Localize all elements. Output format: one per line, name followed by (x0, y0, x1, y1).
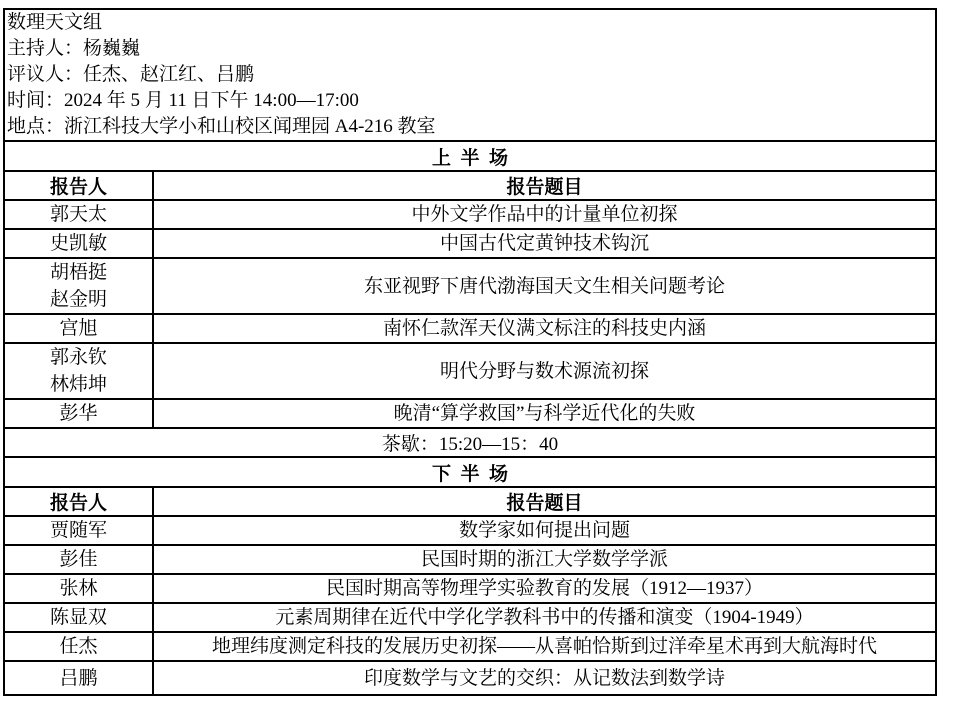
speaker-cell: 彭佳 (4, 545, 153, 574)
table-row: 陈显双 元素周期律在近代中学化学教科书中的传播和演变（1904-1949） (4, 603, 936, 632)
table-row: 郭永钦 林炜坤 明代分野与数术源流初探 (4, 343, 936, 399)
title-cell: 民国时期的浙江大学数学学派 (153, 545, 936, 574)
table-row: 郭天太 中外文学作品中的计量单位初探 (4, 200, 936, 229)
title-cell: 晚清“算学救国”与科学近代化的失败 (153, 399, 936, 428)
host-line: 主持人：杨巍巍 (7, 36, 933, 62)
title-cell: 中国古代定黄钟技术钩沉 (153, 229, 936, 258)
table-row: 任杰 地理纬度测定科技的发展历史初探——从喜帕恰斯到过洋牵星术再到大航海时代 (4, 632, 936, 661)
table-row: 宫旭 南怀仁款浑天仪满文标注的科技史内涵 (4, 314, 936, 343)
schedule-table: 数理天文组 主持人：杨巍巍 评议人：任杰、赵江红、吕鹏 时间：2024 年 5 … (3, 8, 937, 696)
speaker-cell: 张林 (4, 574, 153, 603)
speaker-cell: 贾随军 (4, 516, 153, 545)
column-header-title: 报告题目 (153, 171, 936, 200)
title-cell: 南怀仁款浑天仪满文标注的科技史内涵 (153, 314, 936, 343)
title-cell: 民国时期高等物理学实验教育的发展（1912—1937） (153, 574, 936, 603)
document-page: 数理天文组 主持人：杨巍巍 评议人：任杰、赵江红、吕鹏 时间：2024 年 5 … (0, 0, 956, 725)
title-cell: 地理纬度测定科技的发展历史初探——从喜帕恰斯到过洋牵星术再到大航海时代 (153, 632, 936, 661)
table-row: 吕鹏 印度数学与文艺的交织：从记数法到数学诗 (4, 661, 936, 695)
table-row: 张林 民国时期高等物理学实验教育的发展（1912—1937） (4, 574, 936, 603)
speaker-cell: 史凯敏 (4, 229, 153, 258)
reviewers-line: 评议人：任杰、赵江红、吕鹏 (7, 62, 933, 88)
table-row: 彭佳 民国时期的浙江大学数学学派 (4, 545, 936, 574)
table-row: 胡梧挺 赵金明 东亚视野下唐代渤海国天文生相关问题考论 (4, 258, 936, 314)
location-line: 地点：浙江科技大学小和山校区闻理园 A4-216 教室 (7, 114, 933, 140)
session2-title-row: 下 半 场 (4, 457, 936, 487)
speaker-cell: 任杰 (4, 632, 153, 661)
speaker-cell: 宫旭 (4, 314, 153, 343)
table-row: 贾随军 数学家如何提出问题 (4, 516, 936, 545)
title-cell: 元素周期律在近代中学化学教科书中的传播和演变（1904-1949） (153, 603, 936, 632)
speaker-cell: 郭永钦 林炜坤 (4, 343, 153, 399)
time-line: 时间：2024 年 5 月 11 日下午 14:00—17:00 (7, 88, 933, 114)
title-cell: 明代分野与数术源流初探 (153, 343, 936, 399)
title-cell: 印度数学与文艺的交织：从记数法到数学诗 (153, 661, 936, 695)
column-header-speaker: 报告人 (4, 487, 153, 516)
speaker-cell: 彭华 (4, 399, 153, 428)
tea-break-row: 茶歇：15:20—15：40 (4, 428, 936, 457)
session1-title: 上 半 场 (4, 141, 936, 171)
group-title: 数理天文组 (7, 10, 933, 36)
info-block-row: 数理天文组 主持人：杨巍巍 评议人：任杰、赵江红、吕鹏 时间：2024 年 5 … (4, 9, 936, 141)
column-header-title: 报告题目 (153, 487, 936, 516)
speaker-cell: 吕鹏 (4, 661, 153, 695)
session1-title-row: 上 半 场 (4, 141, 936, 171)
title-cell: 数学家如何提出问题 (153, 516, 936, 545)
session2-title: 下 半 场 (4, 457, 936, 487)
info-block: 数理天文组 主持人：杨巍巍 评议人：任杰、赵江红、吕鹏 时间：2024 年 5 … (4, 9, 936, 141)
column-header-speaker: 报告人 (4, 171, 153, 200)
table-row: 史凯敏 中国古代定黄钟技术钩沉 (4, 229, 936, 258)
session1-column-header-row: 报告人 报告题目 (4, 171, 936, 200)
table-row: 彭华 晚清“算学救国”与科学近代化的失败 (4, 399, 936, 428)
speaker-cell: 郭天太 (4, 200, 153, 229)
speaker-cell: 胡梧挺 赵金明 (4, 258, 153, 314)
tea-break-label: 茶歇：15:20—15：40 (4, 428, 936, 457)
title-cell: 东亚视野下唐代渤海国天文生相关问题考论 (153, 258, 936, 314)
title-cell: 中外文学作品中的计量单位初探 (153, 200, 936, 229)
speaker-cell: 陈显双 (4, 603, 153, 632)
session2-column-header-row: 报告人 报告题目 (4, 487, 936, 516)
